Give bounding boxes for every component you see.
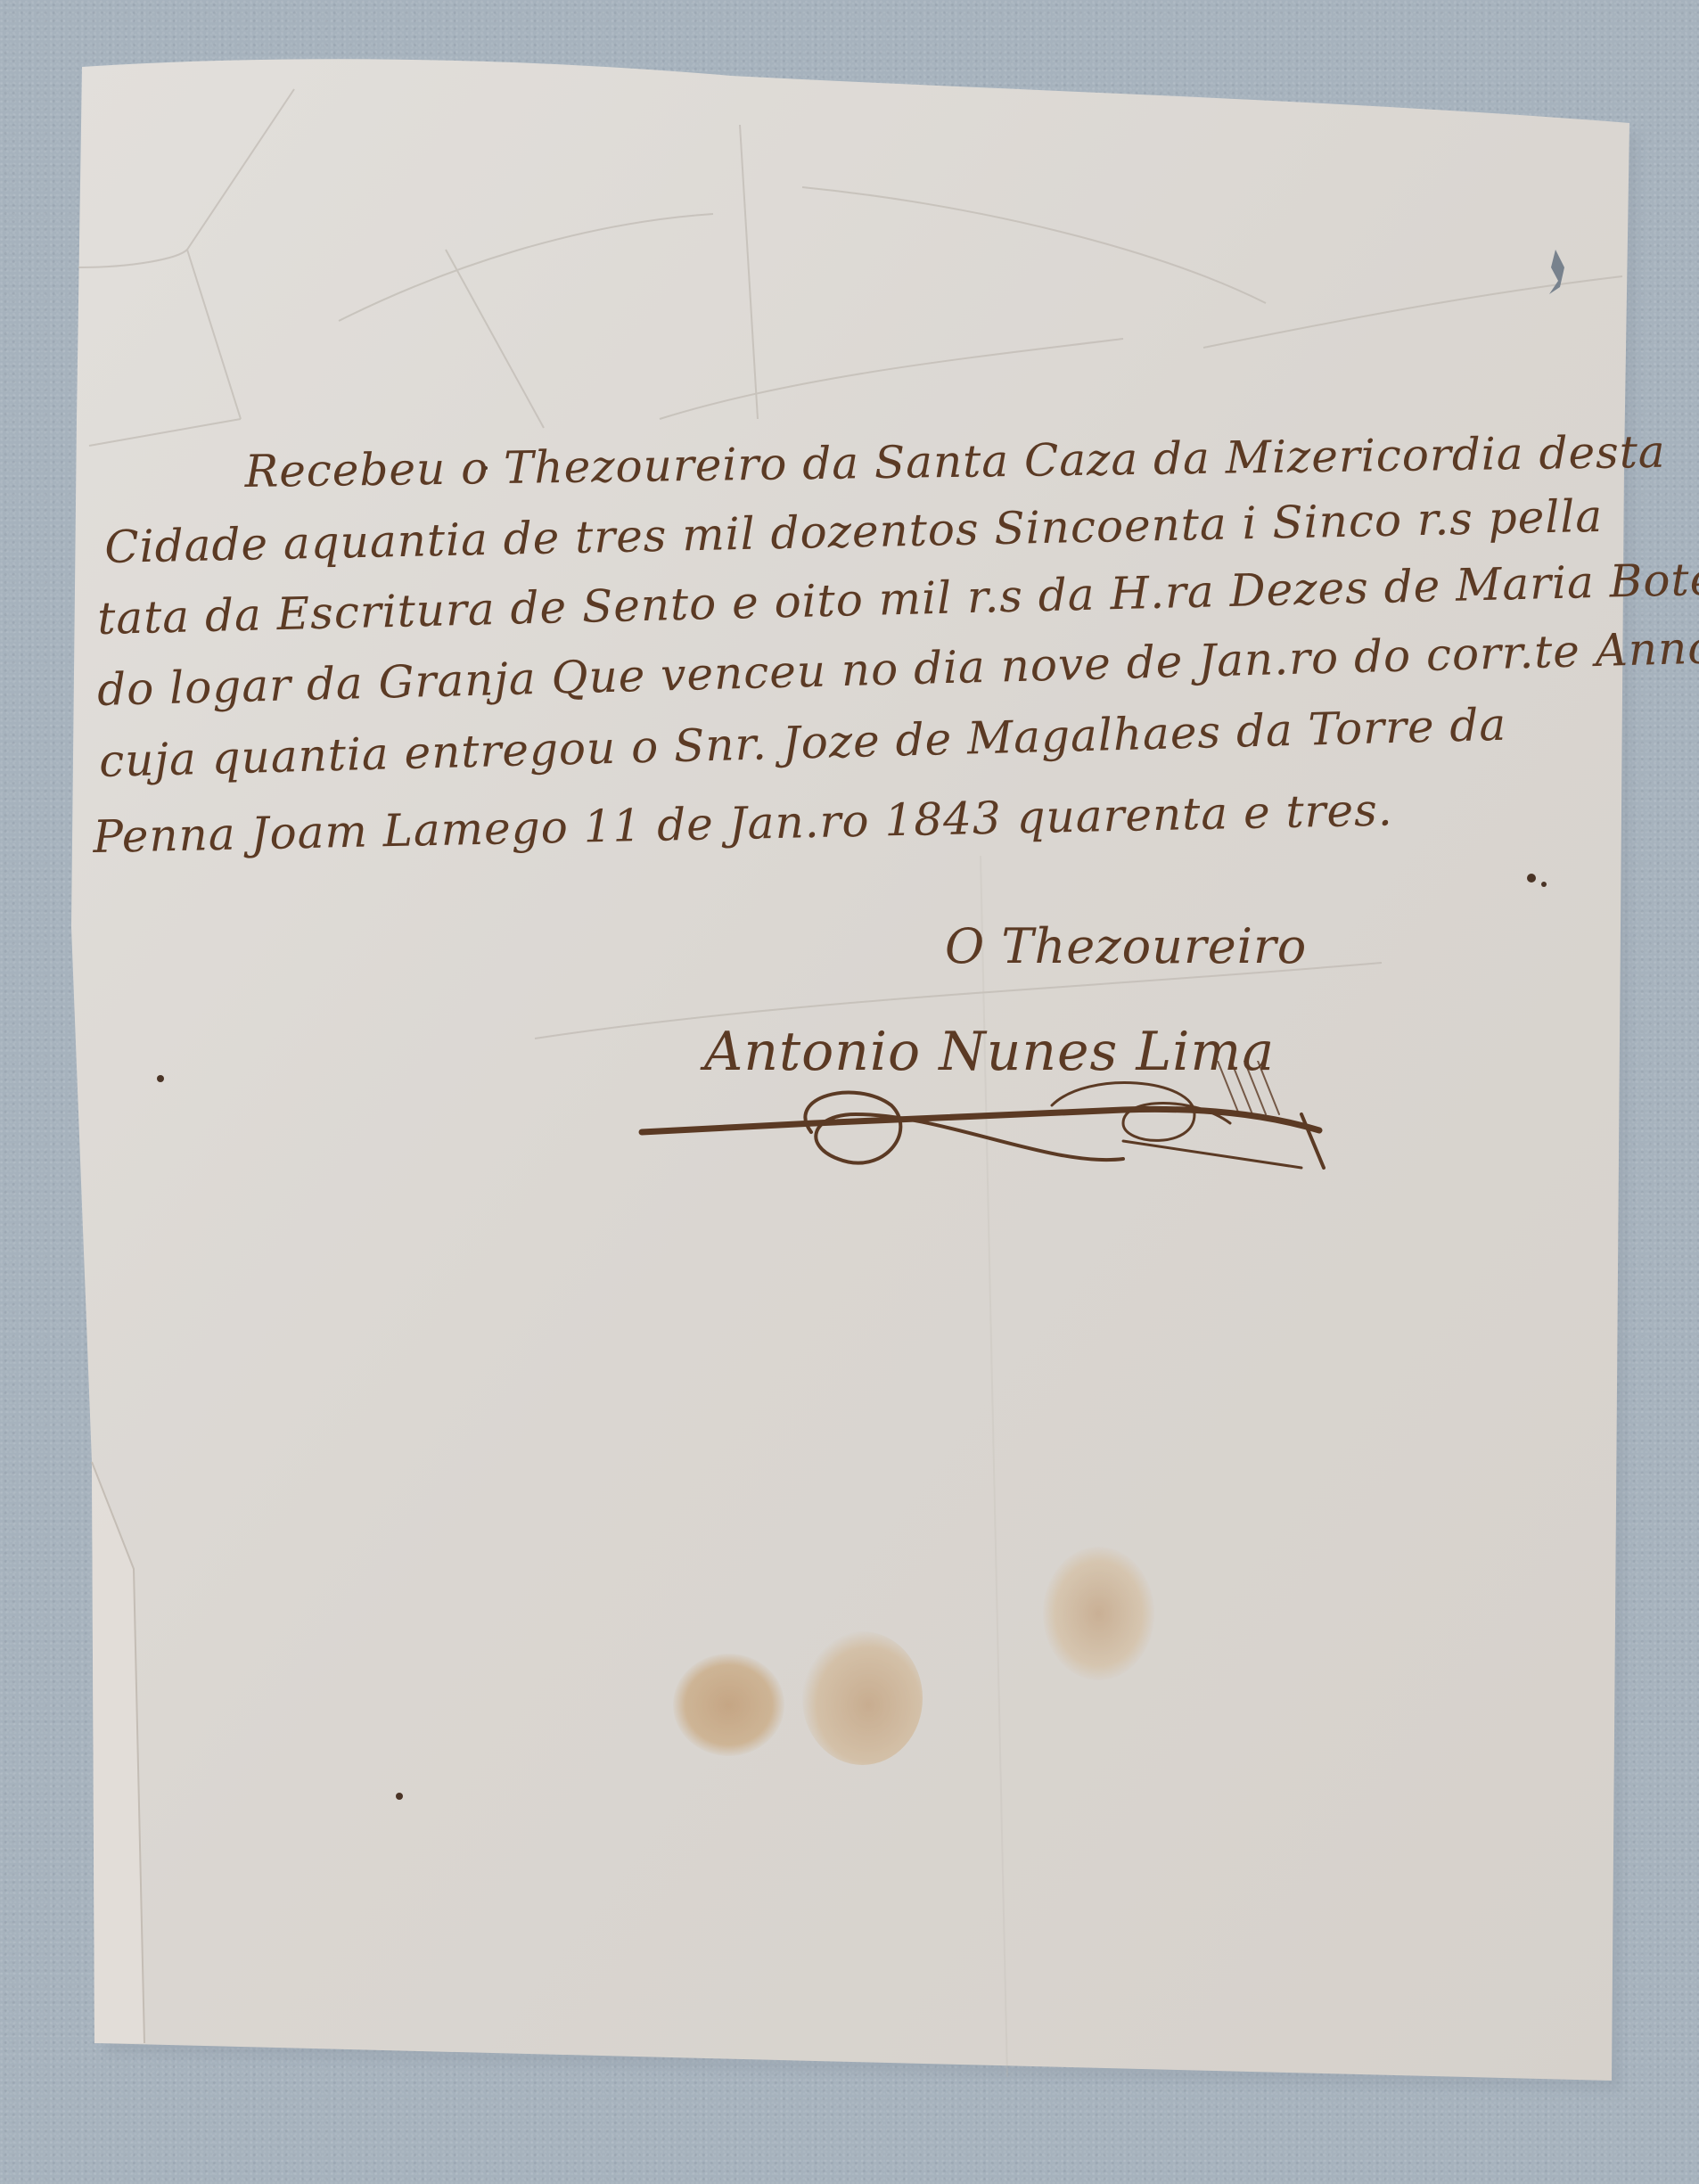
stain-left — [673, 1654, 784, 1756]
stain-middle — [802, 1631, 923, 1765]
signature-title: O Thezoureiro — [945, 918, 1307, 974]
signature-flourish — [624, 1061, 1426, 1195]
photograph-stage: Recebeu o Thezoureiro da Santa Caza da M… — [0, 0, 1699, 2184]
stain-right — [1043, 1547, 1154, 1680]
